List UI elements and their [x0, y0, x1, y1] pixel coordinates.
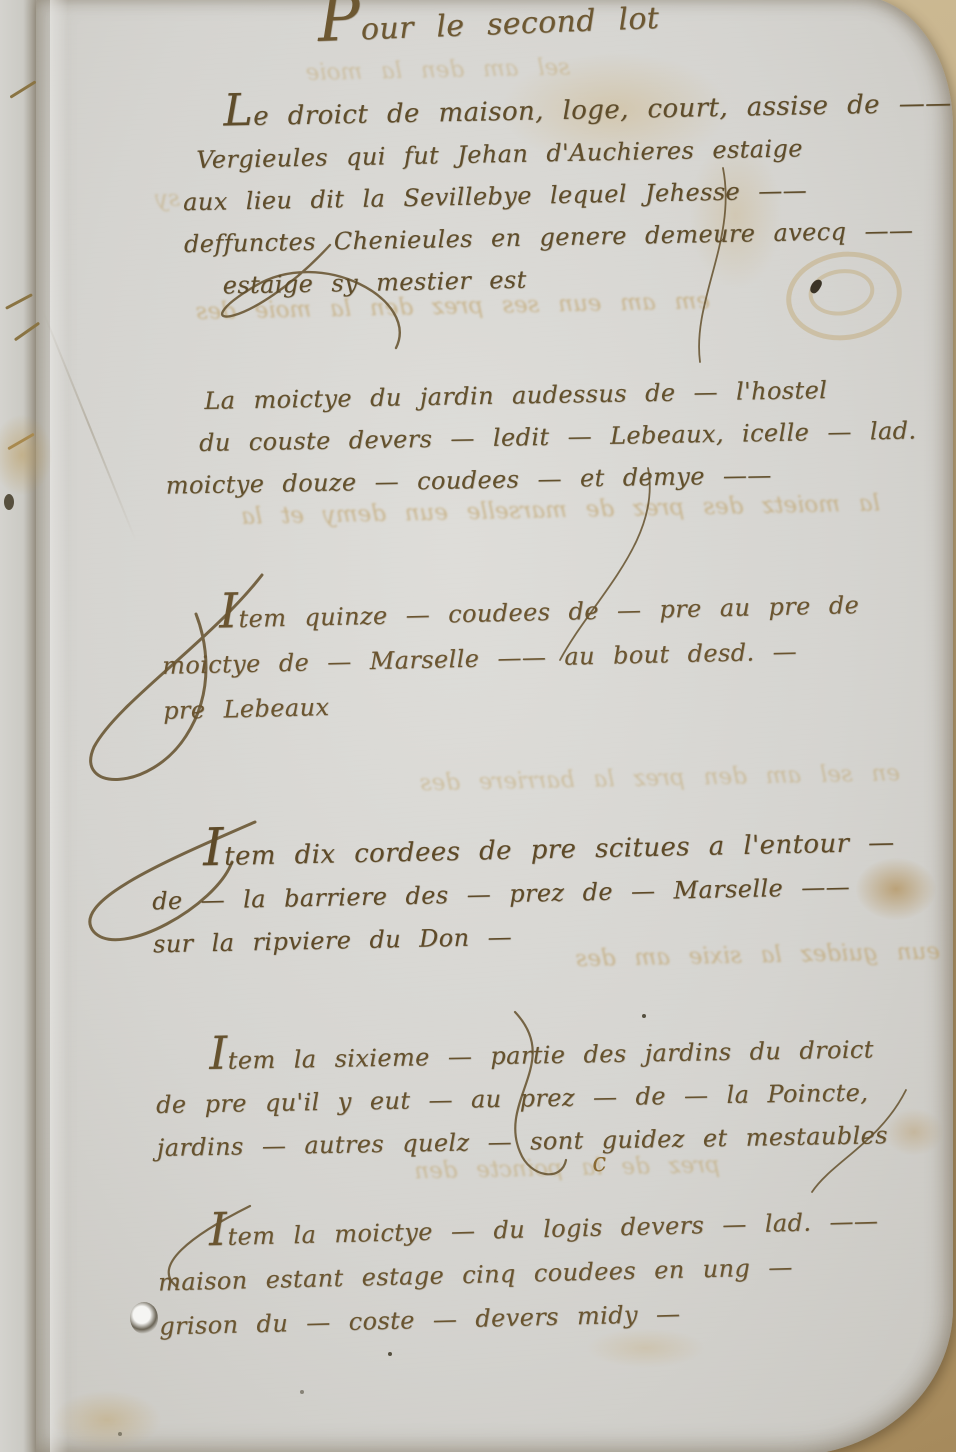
flourish-stroke	[90, 822, 255, 940]
flourish-stroke	[560, 468, 650, 660]
flourish-stroke	[169, 1206, 250, 1286]
flourish-stroke	[91, 575, 262, 779]
flourish-stroke	[515, 1012, 566, 1174]
flourish-stroke	[222, 245, 400, 348]
flourish-stroke	[812, 1090, 906, 1192]
pen-flourishes	[0, 0, 956, 1452]
manuscript-photo: em am eun ses prez den la moie des la mo…	[0, 0, 956, 1452]
flourish-stroke	[699, 168, 726, 362]
